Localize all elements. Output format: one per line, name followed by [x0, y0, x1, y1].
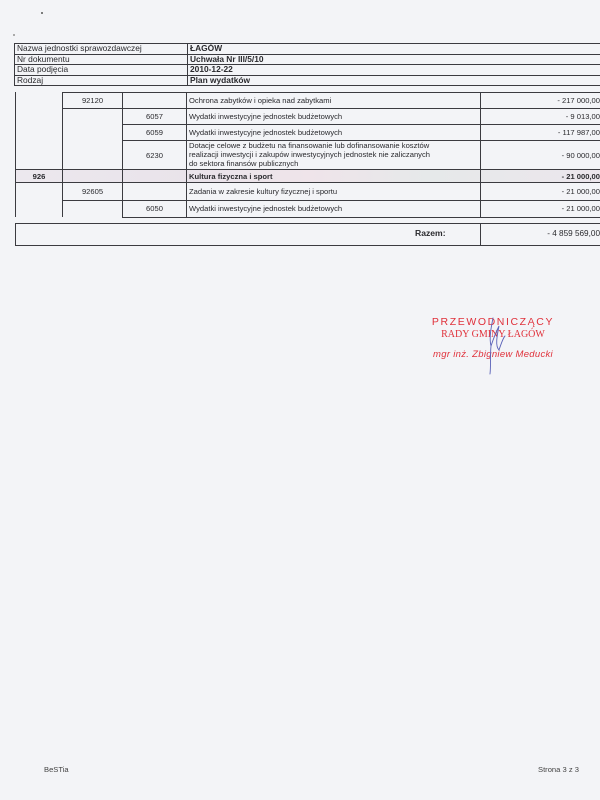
- row-amount: - 21 000,00: [481, 187, 600, 196]
- footer-page-number: Strona 3 z 3: [538, 765, 579, 774]
- total-label: Razem:: [415, 229, 446, 238]
- description-line: Dotacje celowe z budżetu na finansowanie…: [189, 141, 430, 150]
- footer-software-name: BeSTia: [44, 765, 69, 774]
- row-amount: - 9 013,00: [481, 112, 600, 121]
- row-amount: - 21 000,00: [481, 172, 600, 181]
- row-description-multiline: Dotacje celowe z budżetu na finansowanie…: [189, 141, 430, 168]
- row-description: Wydatki inwestycyjne jednostek budżetowy…: [189, 128, 342, 137]
- total-amount: - 4 859 569,00: [481, 229, 600, 238]
- paragraf-code: 6050: [123, 204, 186, 213]
- row-description: Kultura fizyczna i sport: [189, 172, 273, 181]
- paragraf-code: 6057: [123, 112, 186, 121]
- description-line: realizacji inwestycji i zakupów inwestyc…: [189, 150, 430, 159]
- row-description: Wydatki inwestycyjne jednostek budżetowy…: [189, 112, 342, 121]
- dzial-code: 926: [16, 172, 62, 181]
- row-amount: - 217 000,00: [481, 96, 600, 105]
- row-amount: - 90 000,00: [481, 151, 600, 160]
- rozdzial-code: 92605: [63, 187, 122, 196]
- rozdzial-code: 92120: [63, 96, 122, 105]
- row-description: Wydatki inwestycyjne jednostek budżetowy…: [189, 204, 342, 213]
- row-amount: - 21 000,00: [481, 204, 600, 213]
- description-line: do sektora finansów publicznych: [189, 159, 430, 168]
- paragraf-code: 6230: [123, 151, 186, 160]
- row-amount: - 117 987,00: [481, 128, 600, 137]
- paragraf-code: 6059: [123, 128, 186, 137]
- row-description: Ochrona zabytków i opieka nad zabytkami: [189, 96, 331, 105]
- row-description: Zadania w zakresie kultury fizycznej i s…: [189, 187, 337, 196]
- handwritten-signature-icon: [475, 316, 515, 376]
